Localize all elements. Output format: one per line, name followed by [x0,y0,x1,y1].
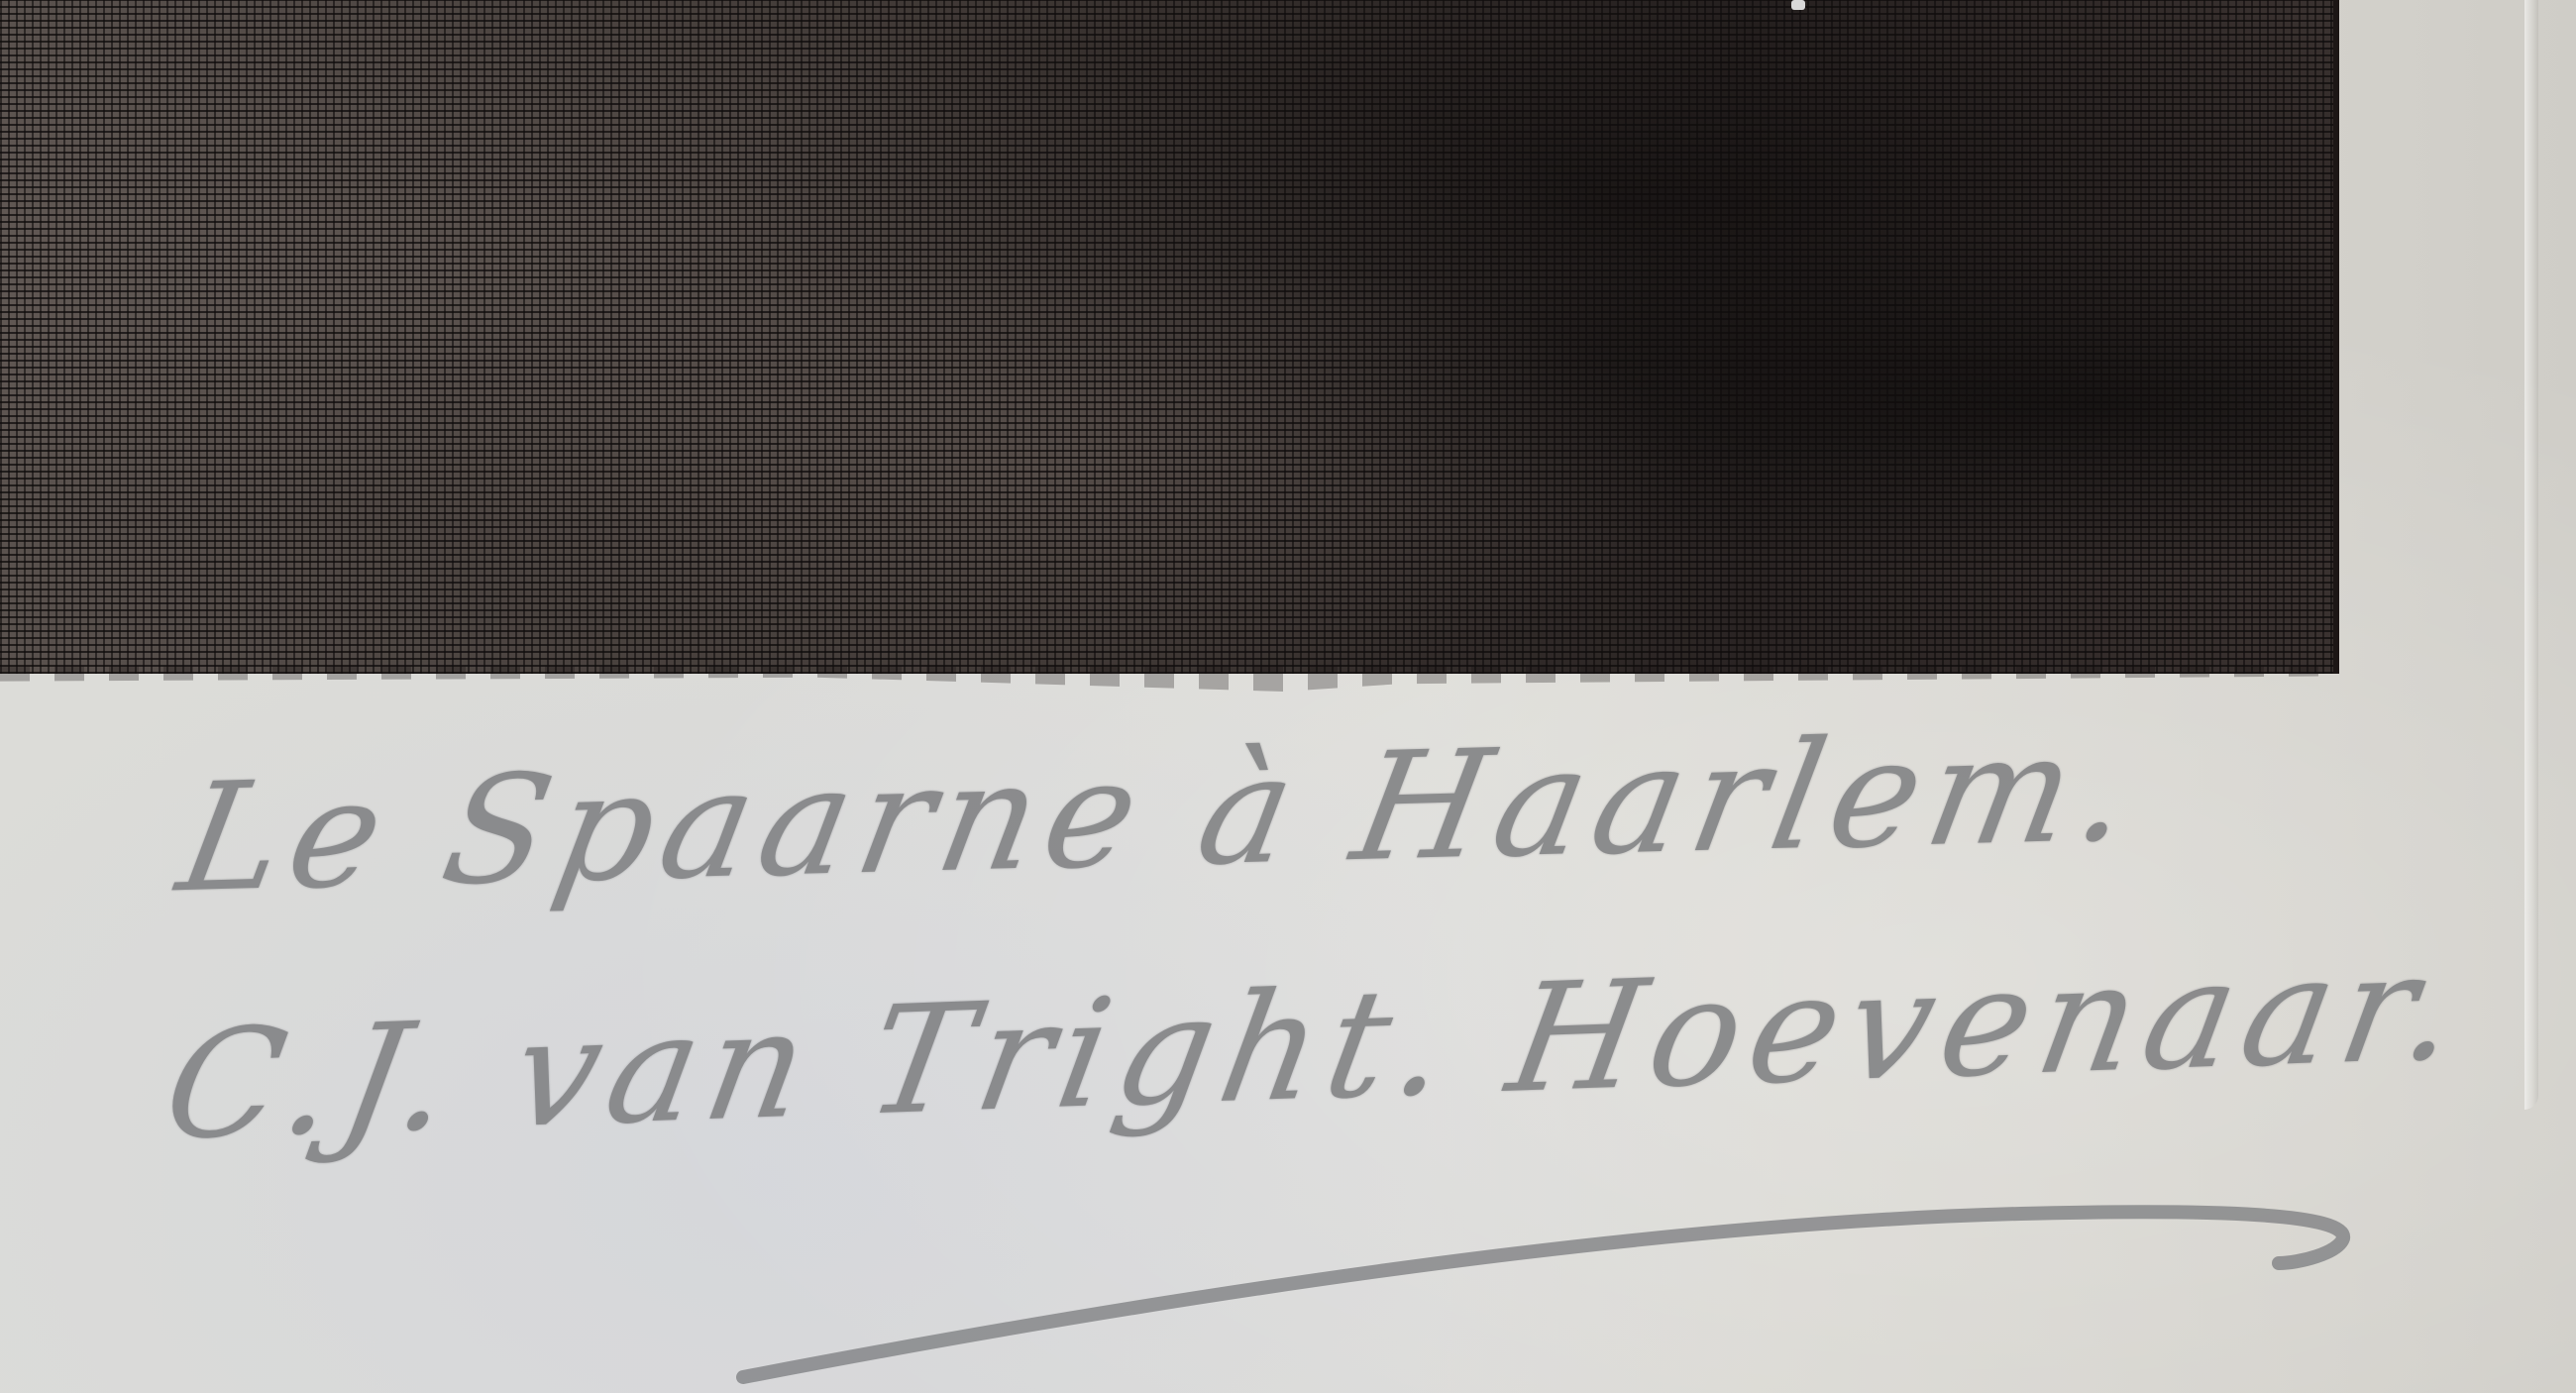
signature-flourish-underline [733,1184,2358,1392]
plate-highlight-speck [1791,0,1805,10]
plate-mark-edge [2524,0,2538,1110]
etched-plate-image [0,0,2339,674]
